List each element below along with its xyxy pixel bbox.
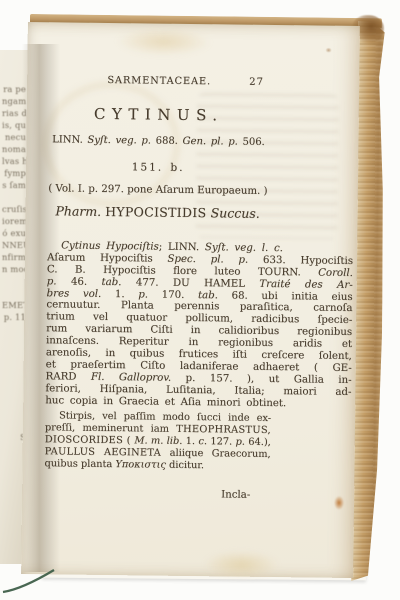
- green-cord: [0, 558, 62, 600]
- paragraph-references: Stirpis, vel paſſim modo ſucci inde ex-p…: [44, 410, 271, 473]
- bottom-stain: [203, 550, 279, 579]
- foxing-spot: [334, 496, 344, 510]
- paragraph-description: Cytinus Hypociſtis; LINN. Syſt. veg. l. …: [45, 240, 353, 410]
- top-stain: [116, 27, 212, 56]
- book-block: SARMENTACEAE. 27 CYTINUS. LINN. Syſt. ve…: [21, 14, 386, 580]
- running-head: SARMENTACEAE.: [49, 74, 269, 90]
- book-page: SARMENTACEAE. 27 CYTINUS. LINN. Syſt. ve…: [21, 22, 360, 578]
- catchword: Incla-: [221, 489, 250, 500]
- book-photo: ra pengamrias dis, qunecunomalvas hfymps…: [0, 0, 400, 600]
- foxing-speck: [326, 48, 332, 53]
- pharmacy-line: Pharm. HYPOCISTIDIS Succus.: [48, 205, 268, 220]
- section-title: CYTINUS.: [49, 104, 269, 125]
- page-number: 27: [249, 77, 264, 88]
